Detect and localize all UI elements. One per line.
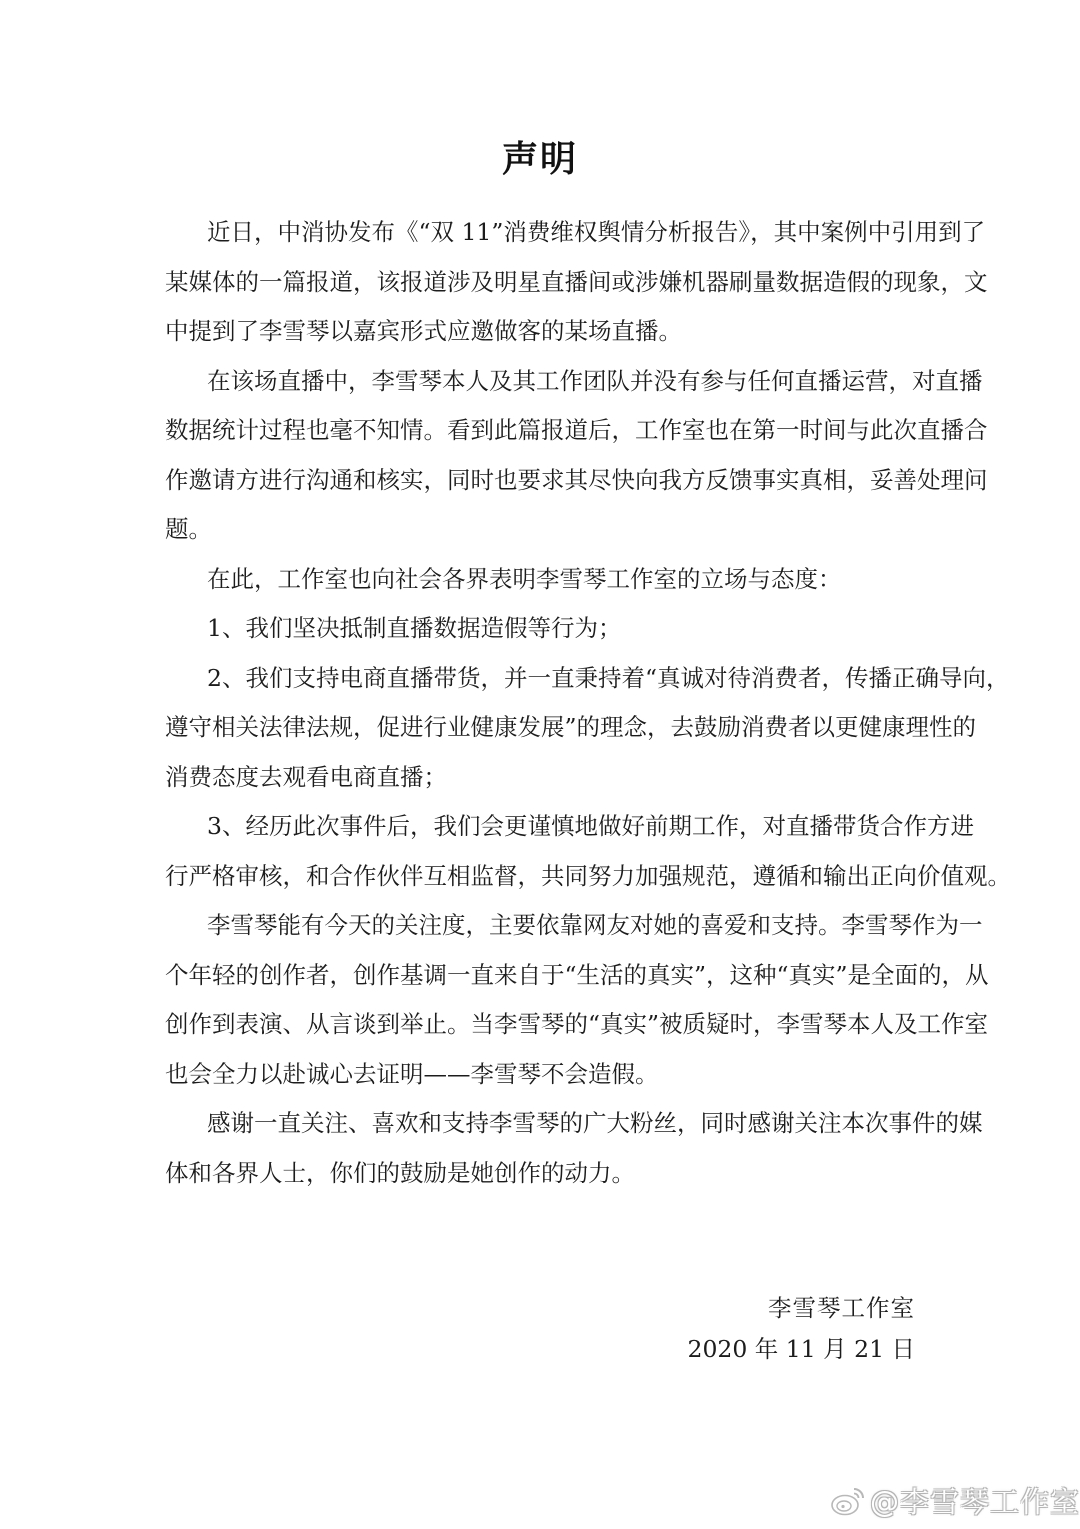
page-title: 声明 [0, 136, 1080, 184]
text-line: 在此，工作室也向社会各界表明李雪琴工作室的立场与态度： [165, 555, 915, 605]
text-line: 1、我们坚决抵制直播数据造假等行为； [165, 604, 915, 654]
text-line: 个年轻的创作者，创作基调一直来自于“生活的真实”，这种“真实”是全面的，从 [165, 951, 915, 1001]
signature-name: 李雪琴工作室 [768, 1288, 915, 1328]
signature-date: 2020 年 11 月 21 日 [688, 1329, 915, 1369]
text-line: 题。 [165, 505, 915, 555]
text-line: 李雪琴能有今天的关注度，主要依靠网友对她的喜爱和支持。李雪琴作为一 [165, 901, 915, 951]
weibo-watermark: @李雪琴工作室 [830, 1478, 1080, 1522]
weibo-logo-icon [830, 1483, 866, 1517]
text-line: 数据统计过程也毫不知情。看到此篇报道后，工作室也在第一时间与此次直播合 [165, 406, 915, 456]
list-item-3: 3、经历此次事件后，我们会更谨慎地做好前期工作，对直播带货合作方进 行严格审核，… [165, 802, 915, 901]
paragraph-authenticity: 李雪琴能有今天的关注度，主要依靠网友对她的喜爱和支持。李雪琴作为一 个年轻的创作… [165, 901, 915, 1099]
list-item-2: 2、我们支持电商直播带货，并一直秉持着“真诚对待消费者，传播正确导向， 遵守相关… [165, 654, 915, 803]
text-line: 创作到表演、从言谈到举止。当李雪琴的“真实”被质疑时，李雪琴本人及工作室 [165, 1000, 915, 1050]
statement-body: 近日，中消协发布《“双 11”消费维权舆情分析报告》，其中案例中引用到了 某媒体… [165, 208, 915, 1198]
paragraph-explanation: 在该场直播中，李雪琴本人及其工作团队并没有参与任何直播运营，对直播 数据统计过程… [165, 357, 915, 555]
paragraph-intro: 近日，中消协发布《“双 11”消费维权舆情分析报告》，其中案例中引用到了 某媒体… [165, 208, 915, 357]
text-line: 2、我们支持电商直播带货，并一直秉持着“真诚对待消费者，传播正确导向， [165, 654, 915, 704]
text-line: 近日，中消协发布《“双 11”消费维权舆情分析报告》，其中案例中引用到了 [165, 208, 915, 258]
text-line: 中提到了李雪琴以嘉宾形式应邀做客的某场直播。 [165, 307, 915, 357]
paragraph-thanks: 感谢一直关注、喜欢和支持李雪琴的广大粉丝，同时感谢关注本次事件的媒 体和各界人士… [165, 1099, 915, 1198]
paragraph-stance-intro: 在此，工作室也向社会各界表明李雪琴工作室的立场与态度： [165, 555, 915, 605]
text-line: 体和各界人士，你们的鼓励是她创作的动力。 [165, 1149, 915, 1199]
text-line: 3、经历此次事件后，我们会更谨慎地做好前期工作，对直播带货合作方进 [165, 802, 915, 852]
watermark-text: @李雪琴工作室 [870, 1480, 1080, 1521]
text-line: 作邀请方进行沟通和核实，同时也要求其尽快向我方反馈事实真相，妥善处理问 [165, 456, 915, 506]
text-line: 感谢一直关注、喜欢和支持李雪琴的广大粉丝，同时感谢关注本次事件的媒 [165, 1099, 915, 1149]
text-line: 遵守相关法律法规，促进行业健康发展”的理念，去鼓励消费者以更健康理性的 [165, 703, 915, 753]
text-line: 在该场直播中，李雪琴本人及其工作团队并没有参与任何直播运营，对直播 [165, 357, 915, 407]
text-line: 行严格审核，和合作伙伴互相监督，共同努力加强规范，遵循和输出正向价值观。 [165, 852, 915, 902]
list-item-1: 1、我们坚决抵制直播数据造假等行为； [165, 604, 915, 654]
statement-page: 声明 近日，中消协发布《“双 11”消费维权舆情分析报告》，其中案例中引用到了 … [0, 0, 1080, 1529]
text-line: 某媒体的一篇报道，该报道涉及明星直播间或涉嫌机器刷量数据造假的现象，文 [165, 258, 915, 308]
text-line: 消费态度去观看电商直播； [165, 753, 915, 803]
text-line: 也会全力以赴诚心去证明——李雪琴不会造假。 [165, 1050, 915, 1100]
